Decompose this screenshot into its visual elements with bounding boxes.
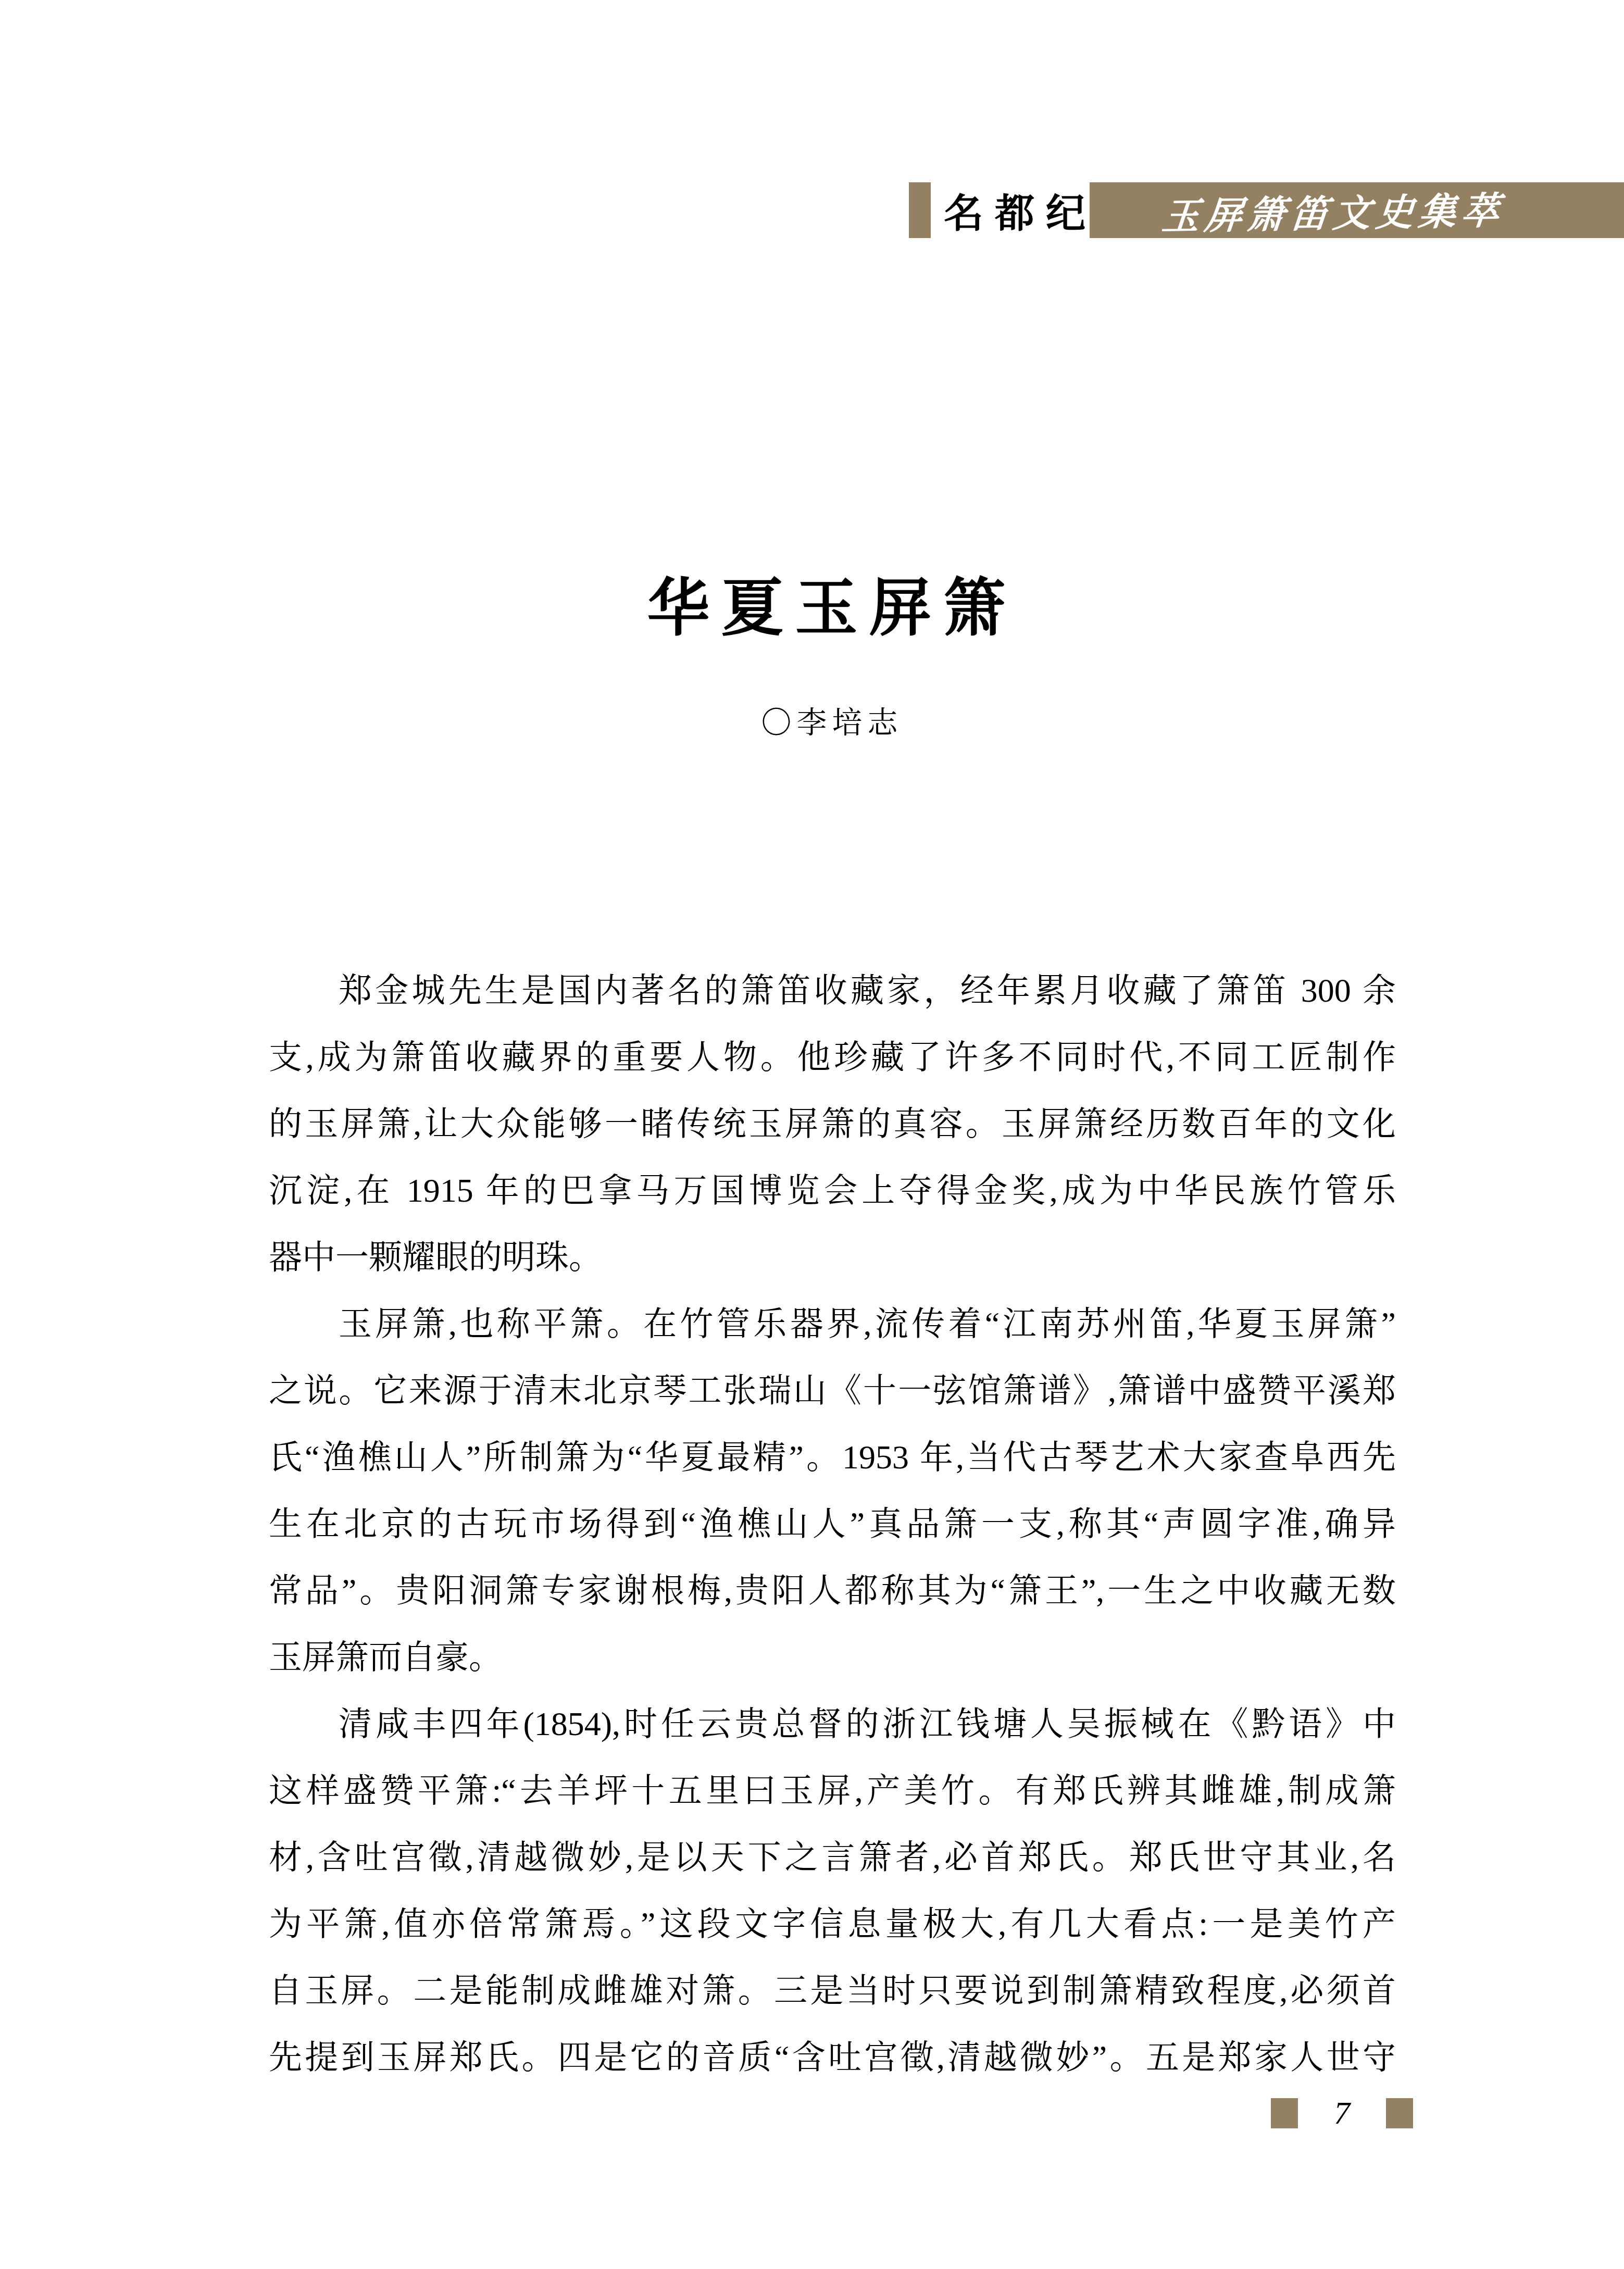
body-line: 材,含吐宫徵,清越微妙,是以天下之言箫者,必首郑氏。郑氏世守其业,名 (269, 1824, 1396, 1891)
body-line: 氏“渔樵山人”所制箫为“华夏最精”。1953 年,当代古琴艺术大家查阜西先 (269, 1424, 1396, 1491)
body-line: 生在北京的古玩市场得到“渔樵山人”真品箫一支,称其“声圆字准,确异 (269, 1491, 1396, 1557)
header-accent-bar (909, 182, 931, 238)
body-line: 沉淀,在 1915 年的巴拿马万国博览会上夺得金奖,成为中华民族竹管乐 (269, 1157, 1396, 1224)
article-body: 郑金城先生是国内著名的箫笛收藏家，经年累月收藏了箫笛 300 余 支,成为箫笛收… (269, 957, 1396, 2091)
body-line: 常品”。贵阳洞箫专家谢根梅,贵阳人都称其为“箫王”,一生之中收藏无数 (269, 1557, 1396, 1624)
body-line: 的玉屏箫,让大众能够一睹传统玉屏箫的真容。玉屏箫经历数百年的文化 (269, 1091, 1396, 1157)
article-byline: 〇李培志 (268, 698, 1396, 742)
body-line: 自玉屏。二是能制成雌雄对箫。三是当时只要说到制箫精致程度,必须首 (269, 1958, 1396, 2024)
banner-calligraphy-text: 玉屏箫笛文史集萃 (1160, 182, 1507, 238)
article-author: 李培志 (797, 706, 903, 740)
footer-ornament-left (1271, 2098, 1298, 2128)
header-banner: 玉屏箫笛文史集萃 (1090, 182, 1624, 238)
scanned-book-page: 名都纪事 玉屏箫笛文史集萃 华夏玉屏箫 〇李培志 郑金城先生是国内著名的箫笛收藏… (0, 0, 1624, 2269)
body-line: 郑金城先生是国内著名的箫笛收藏家，经年累月收藏了箫笛 300 余 (269, 957, 1396, 1024)
footer-ornament-right (1386, 2098, 1413, 2128)
body-line: 为平箫,值亦倍常箫焉。”这段文字信息量极大,有几大看点:一是美竹产 (269, 1891, 1396, 1958)
body-line: 玉屏箫而自豪。 (269, 1624, 1396, 1691)
author-marker: 〇 (761, 706, 796, 740)
body-line: 支,成为箫笛收藏界的重要人物。他珍藏了许多不同时代,不同工匠制作 (269, 1024, 1396, 1091)
body-line: 之说。它来源于清末北京琴工张瑞山《十一弦馆箫谱》,箫谱中盛赞平溪郑 (269, 1357, 1396, 1424)
article-title: 华夏玉屏箫 (268, 558, 1396, 648)
page-number: 7 (1298, 2098, 1386, 2128)
body-line: 先提到玉屏郑氏。四是它的音质“含吐宫徵,清越微妙”。五是郑家人世守 (269, 2024, 1396, 2091)
body-line: 玉屏箫,也称平箫。在竹管乐器界,流传着“江南苏州笛,华夏玉屏箫” (269, 1291, 1396, 1357)
body-line: 器中一颗耀眼的明珠。 (269, 1224, 1396, 1291)
body-line: 清咸丰四年(1854),时任云贵总督的浙江钱塘人吴振棫在《黔语》中 (269, 1691, 1396, 1757)
body-line: 这样盛赞平箫:“去羊坪十五里曰玉屏,产美竹。有郑氏辨其雌雄,制成箫 (269, 1757, 1396, 1824)
